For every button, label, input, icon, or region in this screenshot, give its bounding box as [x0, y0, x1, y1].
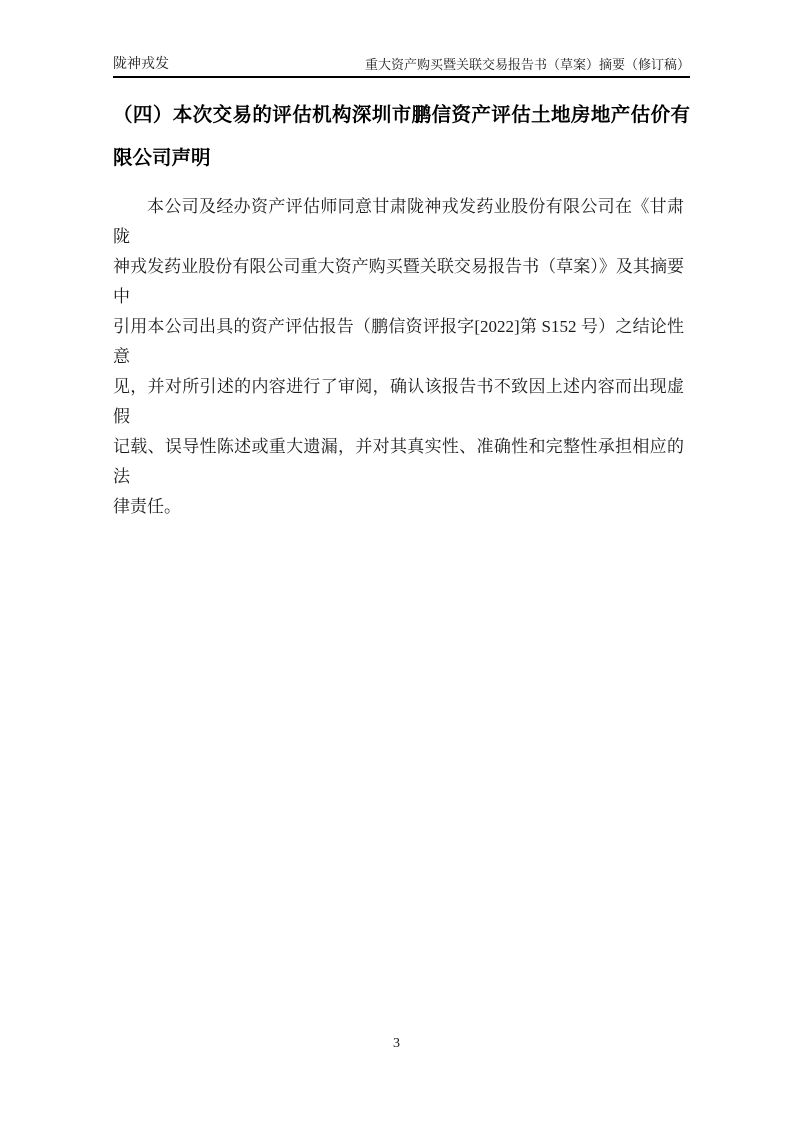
paragraph-line: 记载、误导性陈述或重大遗漏，并对其真实性、准确性和完整性承担相应的法 [113, 432, 684, 492]
section-heading: （四）本次交易的评估机构深圳市鹏信资产评估土地房地产估价有 限公司声明 [113, 94, 690, 180]
section-heading-line-1: （四）本次交易的评估机构深圳市鹏信资产评估土地房地产估价有 [113, 94, 690, 137]
page-footer: 3 [0, 1036, 793, 1052]
header-company-name: 陇神戎发 [113, 53, 169, 73]
document-page: 陇神戎发 重大资产购买暨关联交易报告书（草案）摘要（修订稿） （四）本次交易的评… [0, 0, 793, 1122]
paragraph-line: 律责任。 [113, 492, 684, 522]
paragraph-line: 引用本公司出具的资产评估报告（鹏信资评报字[2022]第 S152 号）之结论性… [113, 312, 684, 372]
section-heading-line-2: 限公司声明 [113, 137, 690, 180]
page-number: 3 [393, 1036, 400, 1051]
paragraph-line: 神戎发药业股份有限公司重大资产购买暨关联交易报告书（草案）》及其摘要中 [113, 252, 684, 312]
paragraph-line: 见，并对所引述的内容进行了审阅，确认该报告书不致因上述内容而出现虚假 [113, 372, 684, 432]
page-header: 陇神戎发 重大资产购买暨关联交易报告书（草案）摘要（修订稿） [113, 53, 690, 78]
statement-paragraph: 本公司及经办资产评估师同意甘肃陇神戎发药业股份有限公司在《甘肃陇 神戎发药业股份… [113, 192, 684, 522]
header-report-title: 重大资产购买暨关联交易报告书（草案）摘要（修订稿） [365, 54, 690, 73]
paragraph-line: 本公司及经办资产评估师同意甘肃陇神戎发药业股份有限公司在《甘肃陇 [113, 192, 684, 252]
